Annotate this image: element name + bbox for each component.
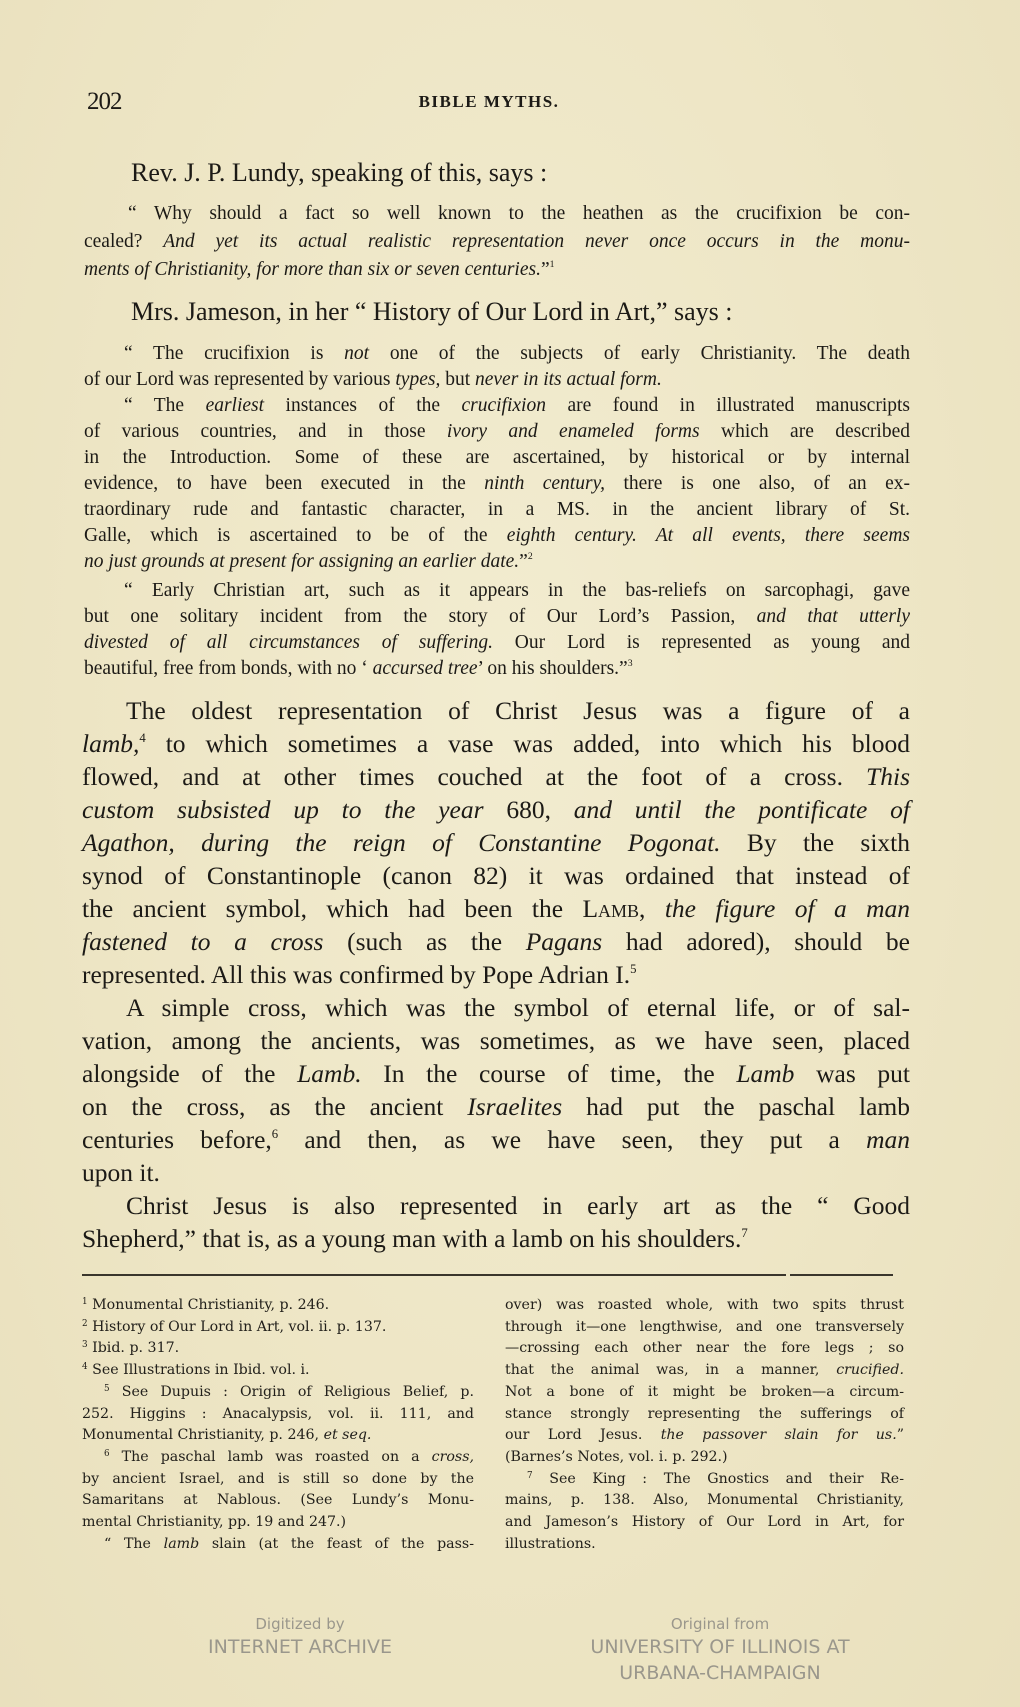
- quote-text: beautiful, free from bonds, with no ‘: [84, 658, 373, 679]
- quote-text: are found in illustrated manuscripts: [546, 395, 910, 416]
- footnote-ref[interactable]: 1: [550, 259, 555, 270]
- body-text: centuries before,: [82, 1125, 272, 1154]
- body-line: centuries before,6 and then, as we have …: [82, 1125, 910, 1155]
- quote-italic: accursed tree: [373, 658, 478, 679]
- body-italic: Israelites: [467, 1092, 562, 1121]
- footnote-text: The paschal lamb was roasted on a: [110, 1449, 432, 1465]
- quote-jameson-line: traordinary rude and fantastic character…: [84, 499, 910, 521]
- body-italic: custom subsisted up to the year: [82, 795, 484, 824]
- quote-text: “ Early Christian art, such as it appear…: [124, 580, 910, 601]
- body-line: A simple cross, which was the symbol of …: [82, 993, 910, 1023]
- watermark-label: Digitized by: [180, 1614, 420, 1634]
- footnote-7-cont: mains, p. 138. Also, Monumental Christia…: [505, 1490, 904, 1512]
- body-text: the ancient symbol, which had been the: [82, 894, 582, 923]
- footnote-6-cont: through it—one lengthwise, and one trans…: [505, 1317, 904, 1339]
- footnote-italic: lamb: [164, 1536, 200, 1552]
- footnote-text: Monumental Christianity, p. 246.: [88, 1297, 330, 1313]
- quote-italic: earliest: [206, 395, 265, 416]
- footnote-text: slain (at the feast of the pass-: [199, 1536, 474, 1552]
- body-smallcaps: Lamb: [582, 894, 639, 923]
- footnote-4: 4 See Illustrations in Ibid. vol. i.: [82, 1360, 474, 1382]
- quote-text: of various countries, and in those: [84, 421, 447, 442]
- book-page: 202 BIBLE MYTHS. Rev. J. P. Lundy, speak…: [0, 0, 1020, 1707]
- body-line: lamb,4 to which sometimes a vase was add…: [82, 729, 910, 759]
- quote-text: traordinary rude and fantastic character…: [84, 499, 910, 520]
- footnote-ref[interactable]: 2: [528, 551, 533, 562]
- footnote-6-cont: over) was roasted whole, with two spits …: [505, 1295, 904, 1317]
- quote-jameson-line: “ The crucifixion is not one of the subj…: [84, 343, 910, 365]
- body-text: 680,: [484, 795, 574, 824]
- footnote-text: See King : The Gnostics and their Re-: [533, 1471, 904, 1487]
- footnote-text: History of Our Lord in Art, vol. ii. p. …: [88, 1319, 387, 1335]
- running-head: 202 BIBLE MYTHS.: [84, 88, 894, 118]
- watermark-label: Original from: [560, 1614, 880, 1634]
- body-text: synod of Constantinople (canon 82) it wa…: [82, 861, 910, 890]
- footnote-5-cont: Monumental Christianity, p. 246, et seq.: [82, 1425, 474, 1447]
- body-text: was put: [794, 1059, 910, 1088]
- quote-lundy-line: cealed? And yet its actual realistic rep…: [84, 231, 910, 253]
- body-line: alongside of the Lamb. In the course of …: [82, 1059, 910, 1089]
- footnote-5-cont: 252. Higgins : Anacalypsis, vol. ii. 111…: [82, 1404, 474, 1426]
- quote-italic: And yet its actual realistic representat…: [163, 231, 910, 252]
- body-line: Shepherd,” that is, as a young man with …: [82, 1224, 910, 1254]
- footnote-7: 7 See King : The Gnostics and their Re-: [505, 1469, 904, 1491]
- body-italic: man: [866, 1125, 910, 1154]
- quote-text: one of the subjects of early Christianit…: [369, 343, 910, 364]
- quote-text: but one solitary incident from the story…: [84, 606, 757, 627]
- body-line: synod of Constantinople (canon 82) it wa…: [82, 861, 910, 891]
- digitized-by-watermark: Digitized by INTERNET ARCHIVE: [180, 1614, 420, 1660]
- footnote-text: 252. Higgins : Anacalypsis, vol. ii. 111…: [82, 1406, 474, 1422]
- quote-text: Galle, which is ascertained to be of the: [84, 525, 507, 546]
- footnote-6-cont: —crossing each other near the fore legs …: [505, 1338, 904, 1360]
- footnote-7-cont: and Jameson’s History of Our Lord in Art…: [505, 1512, 904, 1534]
- footnote-text: Ibid. p. 317.: [88, 1340, 180, 1356]
- quote-jameson-line: beautiful, free from bonds, with no ‘ ac…: [84, 658, 910, 680]
- quote-text: evidence, to have been executed in the: [84, 473, 484, 494]
- footnote-ref[interactable]: 5: [630, 962, 636, 976]
- quote-jameson-line: of various countries, and in those ivory…: [84, 421, 910, 443]
- footnote-6: 6 The paschal lamb was roasted on a cros…: [82, 1447, 474, 1469]
- quote-text: there is one also, of an ex-: [605, 473, 910, 494]
- quote-italic: divested of all circumstances of sufferi…: [84, 632, 493, 653]
- footnote-text: “ The: [104, 1536, 164, 1552]
- footnote-5: 5 See Dupuis : Origin of Religious Belie…: [82, 1382, 474, 1404]
- footnote-text: Monumental Christianity, p. 246,: [82, 1427, 324, 1443]
- footnote-text: Not a bone of it might be broken—a circu…: [505, 1384, 904, 1400]
- body-line: Christ Jesus is also represented in earl…: [82, 1191, 910, 1221]
- body-line: upon it.: [82, 1158, 910, 1188]
- body-text: The oldest representation of Christ Jesu…: [126, 696, 910, 725]
- quote-text: of our Lord was represented by various: [84, 369, 395, 390]
- body-text: had adored), should be: [602, 927, 910, 956]
- quote-text: in the Introduction. Some of these are a…: [84, 447, 910, 468]
- body-text: vation, among the ancients, was sometime…: [82, 1026, 910, 1055]
- footnote-ref[interactable]: 3: [628, 658, 633, 669]
- quote-jameson-line: Galle, which is ascertained to be of the…: [84, 525, 910, 547]
- quote-text: cealed?: [84, 231, 163, 252]
- body-italic: Agathon, during the reign of Constantine…: [82, 828, 721, 857]
- body-text: A simple cross, which was the symbol of …: [126, 993, 910, 1022]
- body-italic: Lamb.: [297, 1059, 361, 1088]
- footnote-6-cont: “ The lamb slain (at the feast of the pa…: [82, 1534, 474, 1556]
- footnote-6-cont: that the animal was, in a manner, crucif…: [505, 1360, 904, 1382]
- footnote-6-cont: stance strongly representing the sufferi…: [505, 1404, 904, 1426]
- footnote-2: 2 History of Our Lord in Art, vol. ii. p…: [82, 1317, 474, 1339]
- body-text: to which sometimes a vase was added, int…: [146, 729, 910, 758]
- body-italic: Lamb: [736, 1059, 794, 1088]
- body-line: flowed, and at other times couched at th…: [82, 762, 910, 792]
- quote-italic: ninth century,: [484, 473, 605, 494]
- quote-italic: ivory and enameled forms: [447, 421, 700, 442]
- watermark-source: UNIVERSITY OF ILLINOIS AT: [560, 1634, 880, 1660]
- footnote-6-cont: Not a bone of it might be broken—a circu…: [505, 1382, 904, 1404]
- footnote-6-cont: our Lord Jesus. the passover slain for u…: [505, 1425, 904, 1447]
- footnote-text: through it—one lengthwise, and one trans…: [505, 1319, 904, 1335]
- footnote-ref[interactable]: 7: [741, 1226, 747, 1240]
- original-from-watermark: Original from UNIVERSITY OF ILLINOIS AT …: [560, 1614, 880, 1686]
- footnote-text: See Illustrations in Ibid. vol. i.: [88, 1362, 310, 1378]
- footnote-7-cont: illustrations.: [505, 1534, 904, 1556]
- quote-italic: not: [344, 343, 369, 364]
- quote-text: “ The: [124, 395, 206, 416]
- body-text: By the sixth: [721, 828, 910, 857]
- footnote-text: Samaritans at Nablous. (See Lundy’s Monu…: [82, 1492, 474, 1508]
- body-italic: fastened to a cross: [82, 927, 323, 956]
- watermark-source: INTERNET ARCHIVE: [180, 1634, 420, 1660]
- quote-italic: ments of Christianity, for more than six…: [84, 259, 541, 280]
- footnote-6-cont: Samaritans at Nablous. (See Lundy’s Monu…: [82, 1490, 474, 1512]
- body-line: vation, among the ancients, was sometime…: [82, 1026, 910, 1056]
- footnote-text: our Lord Jesus.: [505, 1427, 661, 1443]
- body-italic: This: [866, 762, 910, 791]
- quote-text: but: [440, 369, 475, 390]
- footnote-text: and Jameson’s History of Our Lord in Art…: [505, 1514, 904, 1530]
- footnote-text: (Barnes’s Notes, vol. i. p. 292.): [505, 1449, 728, 1465]
- footnote-3: 3 Ibid. p. 317.: [82, 1338, 474, 1360]
- quote-text: “ The crucifixion is: [124, 343, 344, 364]
- footnote-6-cont: by ancient Israel, and is still so done …: [82, 1469, 474, 1491]
- body-text: In the course of time, the: [362, 1059, 737, 1088]
- body-text: upon it.: [82, 1158, 160, 1187]
- footnote-italic: et seq.: [324, 1427, 372, 1443]
- body-line: the ancient symbol, which had been the L…: [82, 894, 910, 924]
- body-line: represented. All this was confirmed by P…: [82, 960, 910, 990]
- quote-text: instances of the: [264, 395, 461, 416]
- quote-jameson-line: “ The earliest instances of the crucifix…: [84, 395, 910, 417]
- footnote-text: that the animal was, in a manner,: [505, 1362, 836, 1378]
- body-italic: lamb,: [82, 729, 139, 758]
- intro-jameson: Mrs. Jameson, in her “ History of Our Lo…: [131, 297, 733, 327]
- quote-jameson-line: but one solitary incident from the story…: [84, 606, 910, 628]
- footnote-italic: cross,: [432, 1449, 474, 1465]
- quote-text: ”: [519, 551, 528, 572]
- quote-jameson-line: in the Introduction. Some of these are a…: [84, 447, 910, 469]
- footnote-6-cont: (Barnes’s Notes, vol. i. p. 292.): [505, 1447, 904, 1469]
- quote-italic: and that utterly: [757, 606, 910, 627]
- quote-jameson-line: of our Lord was represented by various t…: [84, 369, 910, 391]
- body-italic: the figure of a man: [665, 894, 910, 923]
- footnote-italic: crucified.: [836, 1362, 904, 1378]
- quote-italic: no just grounds at present for assigning…: [84, 551, 519, 572]
- footnote-text: stance strongly representing the sufferi…: [505, 1406, 904, 1422]
- quote-lundy-line: ments of Christianity, for more than six…: [84, 259, 910, 281]
- footnotes-right-column: over) was roasted whole, with two spits …: [505, 1295, 904, 1555]
- body-line: The oldest representation of Christ Jesu…: [82, 696, 910, 726]
- quote-jameson-line: evidence, to have been executed in the n…: [84, 473, 910, 495]
- body-text: represented. All this was confirmed by P…: [82, 960, 630, 989]
- quote-lundy-line: “ Why should a fact so well known to the…: [84, 203, 910, 225]
- body-text: had put the paschal lamb: [562, 1092, 910, 1121]
- quote-text: which are described: [700, 421, 910, 442]
- quote-text: ’ on his shoulders.”: [478, 658, 628, 679]
- body-line: custom subsisted up to the year 680, and…: [82, 795, 910, 825]
- footnote-text: illustrations.: [505, 1536, 596, 1552]
- quote-text: ”: [541, 259, 550, 280]
- footnote-text: by ancient Israel, and is still so done …: [82, 1471, 474, 1487]
- body-italic: and until the pontificate of: [574, 795, 910, 824]
- body-text: on the cross, as the ancient: [82, 1092, 467, 1121]
- footnote-text: mental Christianity, pp. 19 and 247.): [82, 1514, 346, 1530]
- quote-italic: never in its actual form.: [475, 369, 662, 390]
- footnote-text: ”: [897, 1427, 904, 1443]
- quote-jameson-line: “ Early Christian art, such as it appear…: [84, 580, 910, 602]
- body-text: Christ Jesus is also represented in earl…: [126, 1191, 910, 1220]
- body-line: Agathon, during the reign of Constantine…: [82, 828, 910, 858]
- footnote-text: over) was roasted whole, with two spits …: [505, 1297, 904, 1313]
- body-line: on the cross, as the ancient Israelites …: [82, 1092, 910, 1122]
- quote-text: Our Lord is represented as young and: [493, 632, 910, 653]
- quote-jameson-line: no just grounds at present for assigning…: [84, 551, 910, 573]
- body-text: alongside of the: [82, 1059, 297, 1088]
- footnote-divider: [82, 1274, 786, 1276]
- body-italic: Pagans: [526, 927, 603, 956]
- quote-italic: types,: [395, 369, 440, 390]
- footnote-1: 1 Monumental Christianity, p. 246.: [82, 1295, 474, 1317]
- body-line: fastened to a cross (such as the Pagans …: [82, 927, 910, 957]
- body-text: flowed, and at other times couched at th…: [82, 762, 866, 791]
- footnote-divider: [790, 1274, 893, 1276]
- watermark-source: URBANA-CHAMPAIGN: [560, 1660, 880, 1686]
- quote-italic: eighth century. At all events, there see…: [507, 525, 910, 546]
- quote-jameson-line: divested of all circumstances of sufferi…: [84, 632, 910, 654]
- footnote-italic: the passover slain for us.: [661, 1427, 897, 1443]
- body-text: (such as the: [323, 927, 525, 956]
- intro-lundy: Rev. J. P. Lundy, speaking of this, says…: [131, 158, 547, 188]
- quote-text: “ Why should a fact so well known to the…: [128, 203, 910, 224]
- footnote-text: —crossing each other near the fore legs …: [505, 1340, 904, 1356]
- footnote-text: See Dupuis : Origin of Religious Belief,…: [110, 1384, 474, 1400]
- footnote-text: mains, p. 138. Also, Monumental Christia…: [505, 1492, 904, 1508]
- footnote-6-cont: mental Christianity, pp. 19 and 247.): [82, 1512, 474, 1534]
- body-text: and then, as we have seen, they put a: [278, 1125, 866, 1154]
- quote-italic: crucifixion: [461, 395, 545, 416]
- running-title: BIBLE MYTHS.: [84, 92, 894, 112]
- footnotes-left-column: 1 Monumental Christianity, p. 246. 2 His…: [82, 1295, 474, 1555]
- body-text: ,: [639, 894, 665, 923]
- body-text: Shepherd,” that is, as a young man with …: [82, 1224, 741, 1253]
